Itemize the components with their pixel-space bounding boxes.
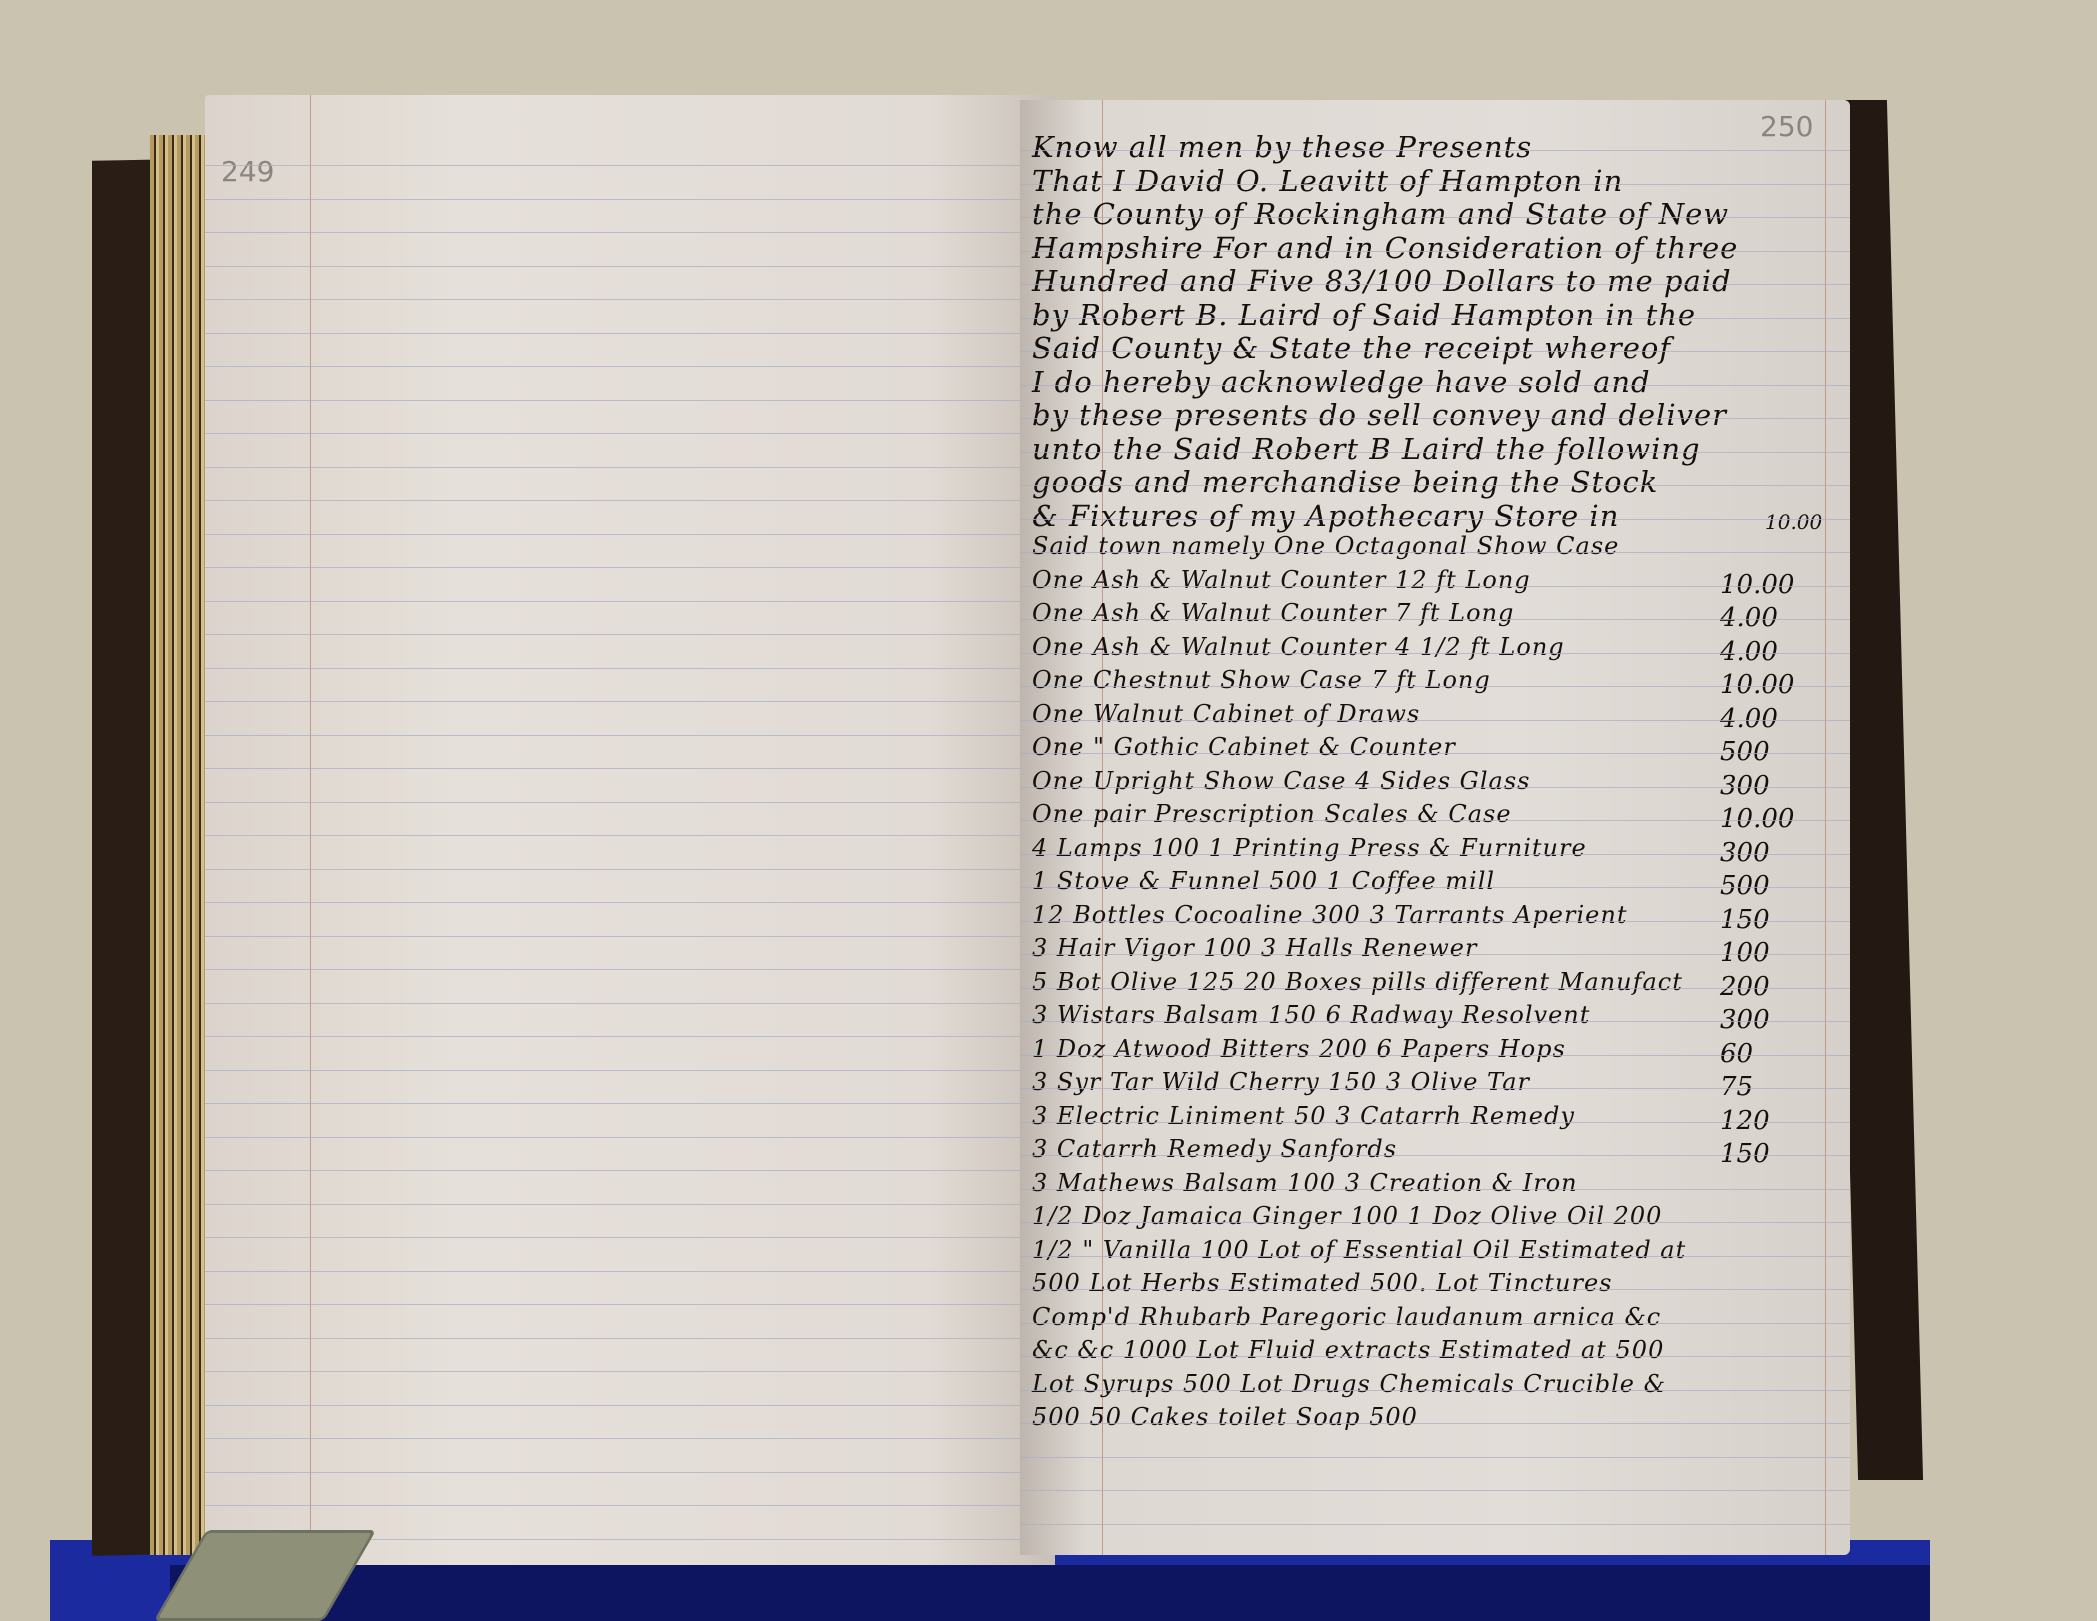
ruled-line	[1020, 1088, 1850, 1089]
ruled-line	[1020, 1021, 1850, 1022]
handwritten-line: goods and merchandise being the Stock	[1032, 465, 1658, 499]
handwritten-line: One Upright Show Case 4 Sides Glass	[1032, 767, 1530, 795]
ruled-line	[205, 232, 1055, 233]
ruled-line	[205, 333, 1055, 334]
handwritten-line: Hampshire For and in Consideration of th…	[1032, 231, 1738, 265]
handwritten-line: 1 Stove & Funnel 500 1 Coffee mill	[1032, 867, 1495, 895]
ruled-line	[1020, 1390, 1850, 1391]
ruled-line	[1020, 1055, 1850, 1056]
handwritten-line: 3 Mathews Balsam 100 3 Creation & Iron	[1032, 1169, 1578, 1197]
page-number-right: 250	[1760, 110, 1813, 143]
ruled-line	[205, 1204, 1055, 1205]
ruled-line	[1020, 720, 1850, 721]
ruled-line	[1020, 485, 1850, 486]
ruled-line	[1020, 284, 1850, 285]
handwritten-line: Hundred and Five 83/100 Dollars to me pa…	[1032, 264, 1732, 298]
ruled-line	[1020, 854, 1850, 855]
ruled-line	[205, 266, 1055, 267]
ruled-line	[1020, 251, 1850, 252]
ruled-line	[1020, 1122, 1850, 1123]
ruled-line	[1020, 686, 1850, 687]
amount-value: 4.00	[1720, 603, 1778, 633]
ruled-line	[205, 701, 1055, 702]
ruled-line	[205, 1103, 1055, 1104]
ruled-line	[1020, 787, 1850, 788]
ruled-line	[1020, 351, 1850, 352]
page-edges	[150, 135, 210, 1555]
ruled-line	[1020, 753, 1850, 754]
handwritten-line: 1/2 Doz Jamaica Ginger 100 1 Doz Olive O…	[1032, 1202, 1662, 1230]
ruled-line	[1020, 921, 1850, 922]
handwritten-line: I do hereby acknowledge have sold and	[1032, 365, 1651, 399]
handwritten-line: 3 Catarrh Remedy Sanfords	[1032, 1135, 1397, 1163]
amount-value: 200	[1720, 972, 1770, 1002]
ruled-line	[205, 1472, 1055, 1473]
ruled-line	[205, 936, 1055, 937]
ruled-line	[1020, 1524, 1850, 1525]
ruled-line	[205, 500, 1055, 501]
ruled-line	[1020, 1289, 1850, 1290]
amount-value: 75	[1720, 1072, 1753, 1102]
amount-value: 4.00	[1720, 704, 1778, 734]
ruled-line	[205, 1237, 1055, 1238]
handwritten-line: One Chestnut Show Case 7 ft Long	[1032, 666, 1491, 694]
handwritten-line: Said County & State the receipt whereof	[1032, 331, 1671, 365]
handwritten-line: 500 Lot Herbs Estimated 500. Lot Tinctur…	[1032, 1269, 1612, 1297]
left-page: 249	[205, 95, 1055, 1565]
handwritten-line: One pair Prescription Scales & Case	[1032, 800, 1512, 828]
ruled-line	[205, 400, 1055, 401]
ruled-line	[1020, 150, 1850, 151]
handwritten-line: Said town namely One Octagonal Show Case	[1032, 532, 1619, 560]
handwritten-line: 3 Syr Tar Wild Cherry 150 3 Olive Tar	[1032, 1068, 1530, 1096]
ruled-line	[1020, 653, 1850, 654]
ruled-line	[1020, 1323, 1850, 1324]
ruled-line	[205, 1304, 1055, 1305]
ruled-line	[205, 1271, 1055, 1272]
ruled-line	[1020, 1222, 1850, 1223]
amount-value: 10.00	[1765, 510, 1822, 534]
ruled-line	[205, 1170, 1055, 1171]
ruled-line	[205, 902, 1055, 903]
handwritten-line: One Ash & Walnut Counter 12 ft Long	[1032, 566, 1531, 594]
ruled-line	[1020, 586, 1850, 587]
ruled-line	[205, 1505, 1055, 1506]
handwritten-line: One " Gothic Cabinet & Counter	[1032, 733, 1456, 761]
amount-value: 150	[1720, 905, 1770, 935]
amount-value: 10.00	[1720, 804, 1794, 834]
ruled-line	[205, 1070, 1055, 1071]
ruled-line	[205, 199, 1055, 200]
handwritten-line: 3 Electric Liniment 50 3 Catarrh Remedy	[1032, 1102, 1575, 1130]
ruled-line	[205, 869, 1055, 870]
handwritten-line: That I David O. Leavitt of Hampton in	[1032, 164, 1623, 198]
handwritten-line: 1 Doz Atwood Bitters 200 6 Papers Hops	[1032, 1035, 1566, 1063]
amount-value: 10.00	[1720, 670, 1794, 700]
handwritten-line: 5 Bot Olive 125 20 Boxes pills different…	[1032, 968, 1683, 996]
ruled-line	[1020, 184, 1850, 185]
handwritten-line: the County of Rockingham and State of Ne…	[1032, 197, 1729, 231]
ruled-line	[205, 299, 1055, 300]
handwritten-line: Lot Syrups 500 Lot Drugs Chemicals Cruci…	[1032, 1370, 1666, 1398]
handwritten-line: unto the Said Robert B Laird the followi…	[1032, 432, 1701, 466]
handwritten-line: One Ash & Walnut Counter 7 ft Long	[1032, 599, 1514, 627]
amount-value: 60	[1720, 1039, 1753, 1069]
handwritten-line: & Fixtures of my Apothecary Store in	[1032, 499, 1619, 533]
ruled-line	[205, 467, 1055, 468]
ruled-line	[205, 668, 1055, 669]
ruled-line	[205, 1036, 1055, 1037]
ruled-line	[205, 567, 1055, 568]
ruled-line	[1020, 1490, 1850, 1491]
right-page: 250 Know all men by these PresentsThat I…	[1020, 100, 1850, 1555]
ruled-line	[1020, 1189, 1850, 1190]
ruled-line	[1020, 318, 1850, 319]
handwritten-line: 12 Bottles Cocoaline 300 3 Tarrants Aper…	[1032, 901, 1627, 929]
ruled-line	[205, 1405, 1055, 1406]
ruled-line	[205, 1438, 1055, 1439]
ruled-line	[1020, 1356, 1850, 1357]
ruled-line	[205, 1003, 1055, 1004]
ruled-line	[1020, 820, 1850, 821]
amount-value: 4.00	[1720, 637, 1778, 667]
ruled-line	[1020, 418, 1850, 419]
handwritten-line: by Robert B. Laird of Said Hampton in th…	[1032, 298, 1696, 332]
amount-value: 100	[1720, 938, 1770, 968]
handwritten-line: One Walnut Cabinet of Draws	[1032, 700, 1420, 728]
handwritten-line: 500 50 Cakes toilet Soap 500	[1032, 1403, 1418, 1431]
amount-value: 300	[1720, 838, 1770, 868]
ruled-line	[1020, 1155, 1850, 1156]
ruled-line	[1020, 954, 1850, 955]
ruled-line	[205, 634, 1055, 635]
ruled-line	[1020, 519, 1850, 520]
ruled-line	[205, 802, 1055, 803]
ruled-line	[205, 601, 1055, 602]
ruled-line	[205, 735, 1055, 736]
ruled-line	[1020, 217, 1850, 218]
ruled-line	[205, 1338, 1055, 1339]
amount-value: 10.00	[1720, 570, 1794, 600]
ruled-line	[205, 768, 1055, 769]
amount-value: 300	[1720, 1005, 1770, 1035]
ruled-line	[205, 433, 1055, 434]
ruled-line	[1020, 1423, 1850, 1424]
amount-value: 500	[1720, 737, 1770, 767]
handwritten-line: Comp'd Rhubarb Paregoric laudanum arnica…	[1032, 1303, 1661, 1331]
ruled-line	[205, 165, 1055, 166]
handwritten-line: 1/2 " Vanilla 100 Lot of Essential Oil E…	[1032, 1236, 1686, 1264]
ruled-line	[205, 1371, 1055, 1372]
handwritten-line: &c &c 1000 Lot Fluid extracts Estimated …	[1032, 1336, 1664, 1364]
handwritten-line: by these presents do sell convey and del…	[1032, 398, 1727, 432]
amount-value: 120	[1720, 1106, 1770, 1136]
ruled-line	[205, 969, 1055, 970]
amount-value: 150	[1720, 1139, 1770, 1169]
ruled-line	[1020, 1457, 1850, 1458]
ruled-line	[205, 1137, 1055, 1138]
ruled-line	[1020, 452, 1850, 453]
handwritten-line: One Ash & Walnut Counter 4 1/2 ft Long	[1032, 633, 1565, 661]
amount-value: 500	[1720, 871, 1770, 901]
page-number-left: 249	[221, 155, 274, 188]
ruled-line	[205, 366, 1055, 367]
amount-value: 300	[1720, 771, 1770, 801]
ruled-line	[1020, 1256, 1850, 1257]
ruled-line	[1020, 619, 1850, 620]
ruled-line	[1020, 988, 1850, 989]
ruled-line	[205, 534, 1055, 535]
handwritten-line: 3 Wistars Balsam 150 6 Radway Resolvent	[1032, 1001, 1590, 1029]
handwritten-line: 4 Lamps 100 1 Printing Press & Furniture	[1032, 834, 1587, 862]
handwritten-line: Know all men by these Presents	[1032, 130, 1532, 164]
margin-line	[310, 95, 311, 1565]
tape-shadow	[170, 1565, 1930, 1621]
ruled-line	[1020, 385, 1850, 386]
ruled-line	[1020, 552, 1850, 553]
ruled-line	[1020, 887, 1850, 888]
ruled-line	[205, 835, 1055, 836]
handwritten-line: 3 Hair Vigor 100 3 Halls Renewer	[1032, 934, 1477, 962]
